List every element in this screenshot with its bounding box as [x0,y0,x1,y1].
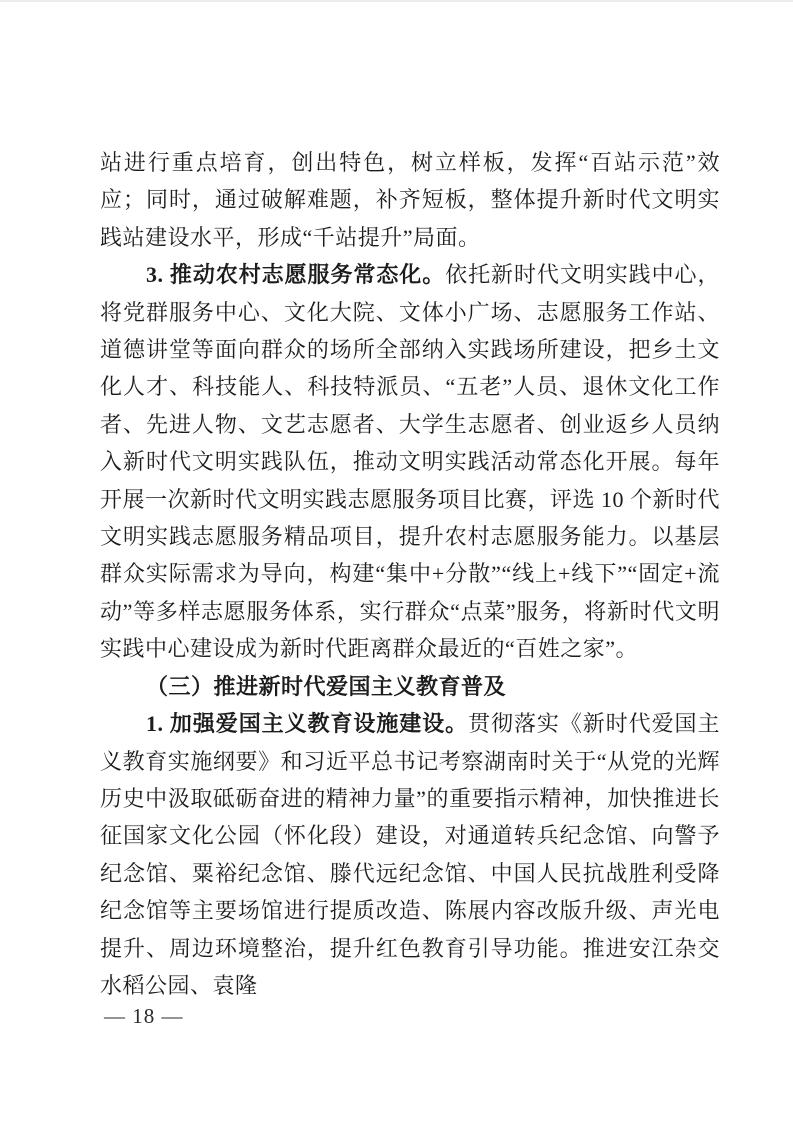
paragraph-lead: 3. 推动农村志愿服务常态化。 [146,262,445,287]
page-footer: — 18 — [104,1002,184,1030]
paragraph-item-1: 1. 加强爱国主义教育设施建设。贯彻落实《新时代爱国主义教育实施纲要》和习近平总… [100,705,720,1004]
document-body: 站进行重点培育，创出特色，树立样板，发挥“百站示范”效应；同时，通过破解难题，补… [100,144,720,1004]
scan-edge-line [0,0,793,2]
paragraph-lead: 1. 加强爱国主义教育设施建设。 [146,711,468,736]
paragraph-item-3: 3. 推动农村志愿服务常态化。依托新时代文明实践中心，将党群服务中心、文化大院、… [100,256,720,667]
document-page: 站进行重点培育，创出特色，树立样板，发挥“百站示范”效应；同时，通过破解难题，补… [0,0,793,1122]
section-heading-3: （三）推进新时代爱国主义教育普及 [100,668,720,705]
paragraph-text: 依托新时代文明实践中心，将党群服务中心、文化大院、文体小广场、志愿服务工作站、道… [100,262,720,661]
page-number: — 18 — [104,1004,184,1028]
paragraph-text: 站进行重点培育，创出特色，树立样板，发挥“百站示范”效应；同时，通过破解难题，补… [100,150,720,250]
paragraph-continuation: 站进行重点培育，创出特色，树立样板，发挥“百站示范”效应；同时，通过破解难题，补… [100,144,720,256]
paragraph-text: 贯彻落实《新时代爱国主义教育实施纲要》和习近平总书记考察湖南时关于“从党的光辉历… [100,711,720,998]
